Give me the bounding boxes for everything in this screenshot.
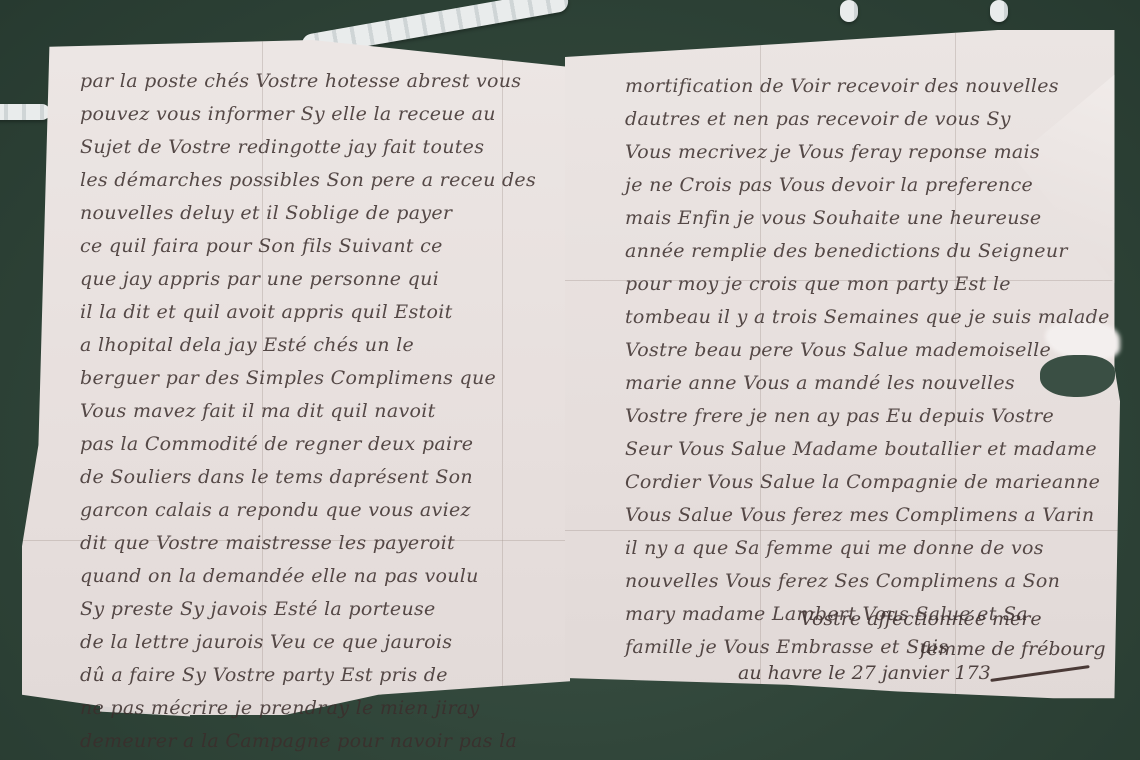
handwritten-line: Cordier Vous Salue la Compagnie de marie… <box>625 466 1115 499</box>
handwritten-line: dautres et nen pas recevoir de vous Sy <box>625 103 1115 136</box>
handwritten-line: Vous mecrivez je Vous feray reponse mais <box>625 136 1115 169</box>
handwritten-line: Vous Salue Vous ferez mes Complimens a V… <box>625 499 1115 532</box>
handwritten-line: nouvelles deluy et il Soblige de payer <box>80 197 550 230</box>
letter-closing: Vostre affectionnée mere <box>800 608 1042 630</box>
white-cord-loop-right <box>990 0 1008 22</box>
handwritten-line: a lhopital dela jay Esté chés un le <box>80 329 550 362</box>
handwritten-line: il la dit et quil avoit appris quil Esto… <box>80 296 550 329</box>
handwritten-line: les démarches possibles Son pere a receu… <box>80 164 550 197</box>
handwritten-line: demeurer a la Campagne pour navoir pas l… <box>80 725 550 758</box>
handwritten-line: dit que Vostre maistresse les payeroit <box>80 527 550 560</box>
handwritten-line: de la lettre jaurois Veu ce que jaurois <box>80 626 550 659</box>
handwritten-line: ne pas mécrire je prendray le mien jiray <box>80 692 550 725</box>
handwritten-line: berguer par des Simples Complimens que <box>80 362 550 395</box>
handwritten-line: Vostre frere je nen ay pas Eu depuis Vos… <box>625 400 1115 433</box>
letter-dateline: au havre le 27 janvier 173 <box>738 662 991 684</box>
handwritten-line: Sy preste Sy javois Esté la porteuse <box>80 593 550 626</box>
handwritten-line: tombeau il y a trois Semaines que je sui… <box>625 301 1115 334</box>
handwritten-line: Vous mavez fait il ma dit quil navoit <box>80 395 550 428</box>
handwritten-line: garcon calais a repondu que vous aviez <box>80 494 550 527</box>
handwritten-line: pour moy je crois que mon party Est le <box>625 268 1115 301</box>
handwritten-line: Vostre beau pere Vous Salue mademoiselle <box>625 334 1115 367</box>
white-cord-loop <box>840 0 858 22</box>
handwritten-line: pouvez vous informer Sy elle la receue a… <box>80 98 550 131</box>
handwritten-line: année remplie des benedictions du Seigne… <box>625 235 1115 268</box>
handwritten-line: par la poste chés Vostre hotesse abrest … <box>80 65 550 98</box>
white-cord-left <box>0 104 50 120</box>
handwritten-line: Seur Vous Salue Madame boutallier et mad… <box>625 433 1115 466</box>
handwritten-line: quand on la demandée elle na pas voulu <box>80 560 550 593</box>
letter-signature: femme de frébourg <box>920 638 1105 660</box>
handwritten-line: mortification de Voir recevoir des nouve… <box>625 70 1115 103</box>
handwritten-line: que jay appris par une personne qui <box>80 263 550 296</box>
handwritten-line: il ny a que Sa femme qui me donne de vos <box>625 532 1115 565</box>
handwritten-line: pas la Commodité de regner deux paire <box>80 428 550 461</box>
handwritten-line: dû a faire Sy Vostre party Est pris de <box>80 659 550 692</box>
handwritten-line: nouvelles Vous ferez Ses Complimens a So… <box>625 565 1115 598</box>
handwritten-line: je ne Crois pas Vous devoir la preferenc… <box>625 169 1115 202</box>
handwritten-line: de Souliers dans le tems daprésent Son <box>80 461 550 494</box>
handwritten-line: Sujet de Vostre redingotte jay fait tout… <box>80 131 550 164</box>
left-page-text: par la poste chés Vostre hotesse abrest … <box>80 65 550 758</box>
handwritten-line: mais Enfin je vous Souhaite une heureuse <box>625 202 1115 235</box>
handwritten-line: marie anne Vous a mandé les nouvelles <box>625 367 1115 400</box>
handwritten-line: ce quil faira pour Son fils Suivant ce <box>80 230 550 263</box>
right-page-text: mortification de Voir recevoir des nouve… <box>625 70 1115 664</box>
